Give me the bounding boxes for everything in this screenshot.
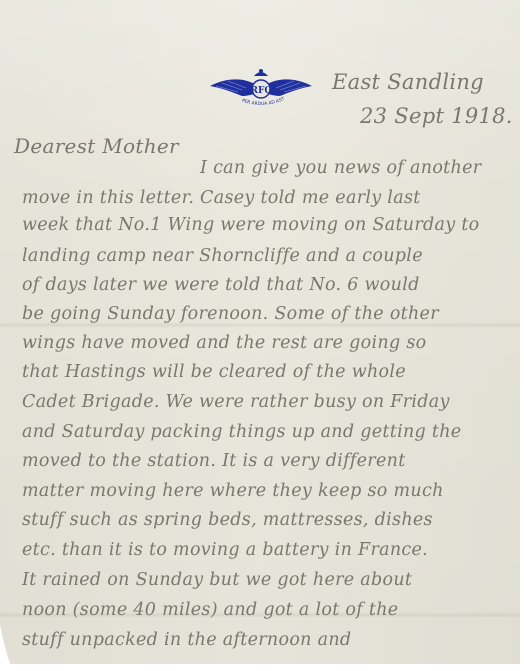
- body-line: stuff unpacked in the afternoon and: [22, 630, 351, 650]
- body-line: etc. than it is to moving a battery in F…: [22, 540, 428, 560]
- body-line: noon (some 40 miles) and got a lot of th…: [22, 600, 398, 620]
- body-line: that Hastings will be cleared of the who…: [22, 362, 406, 382]
- letter-place: East Sandling: [332, 70, 484, 94]
- rfc-wings-crest-icon: RFC PER ARDUA AD ASTRA: [208, 66, 314, 110]
- body-line: It rained on Sunday but we got here abou…: [22, 570, 412, 590]
- body-line: moved to the station. It is a very diffe…: [22, 451, 406, 471]
- body-line: of days later we were told that No. 6 wo…: [22, 275, 420, 295]
- body-line: landing camp near Shorncliffe and a coup…: [22, 246, 423, 266]
- body-line: I can give you news of another: [200, 158, 481, 178]
- body-line: move in this letter. Casey told me early…: [22, 188, 421, 208]
- svg-text:RFC: RFC: [250, 86, 271, 96]
- letter-date: 23 Sept 1918.: [360, 104, 513, 128]
- body-line: Cadet Brigade. We were rather busy on Fr…: [22, 392, 450, 412]
- body-line: wings have moved and the rest are going …: [22, 333, 426, 353]
- body-line: be going Sunday forenoon. Some of the ot…: [22, 304, 439, 324]
- letter-salutation: Dearest Mother: [14, 134, 179, 158]
- letter-page: RFC PER ARDUA AD ASTRA East Sandling 23 …: [0, 0, 520, 664]
- body-line: matter moving here where they keep so mu…: [22, 481, 444, 501]
- body-line: stuff such as spring beds, mattresses, d…: [22, 510, 433, 530]
- body-line: week that No.1 Wing were moving on Satur…: [22, 215, 480, 235]
- body-line: and Saturday packing things up and getti…: [22, 422, 461, 442]
